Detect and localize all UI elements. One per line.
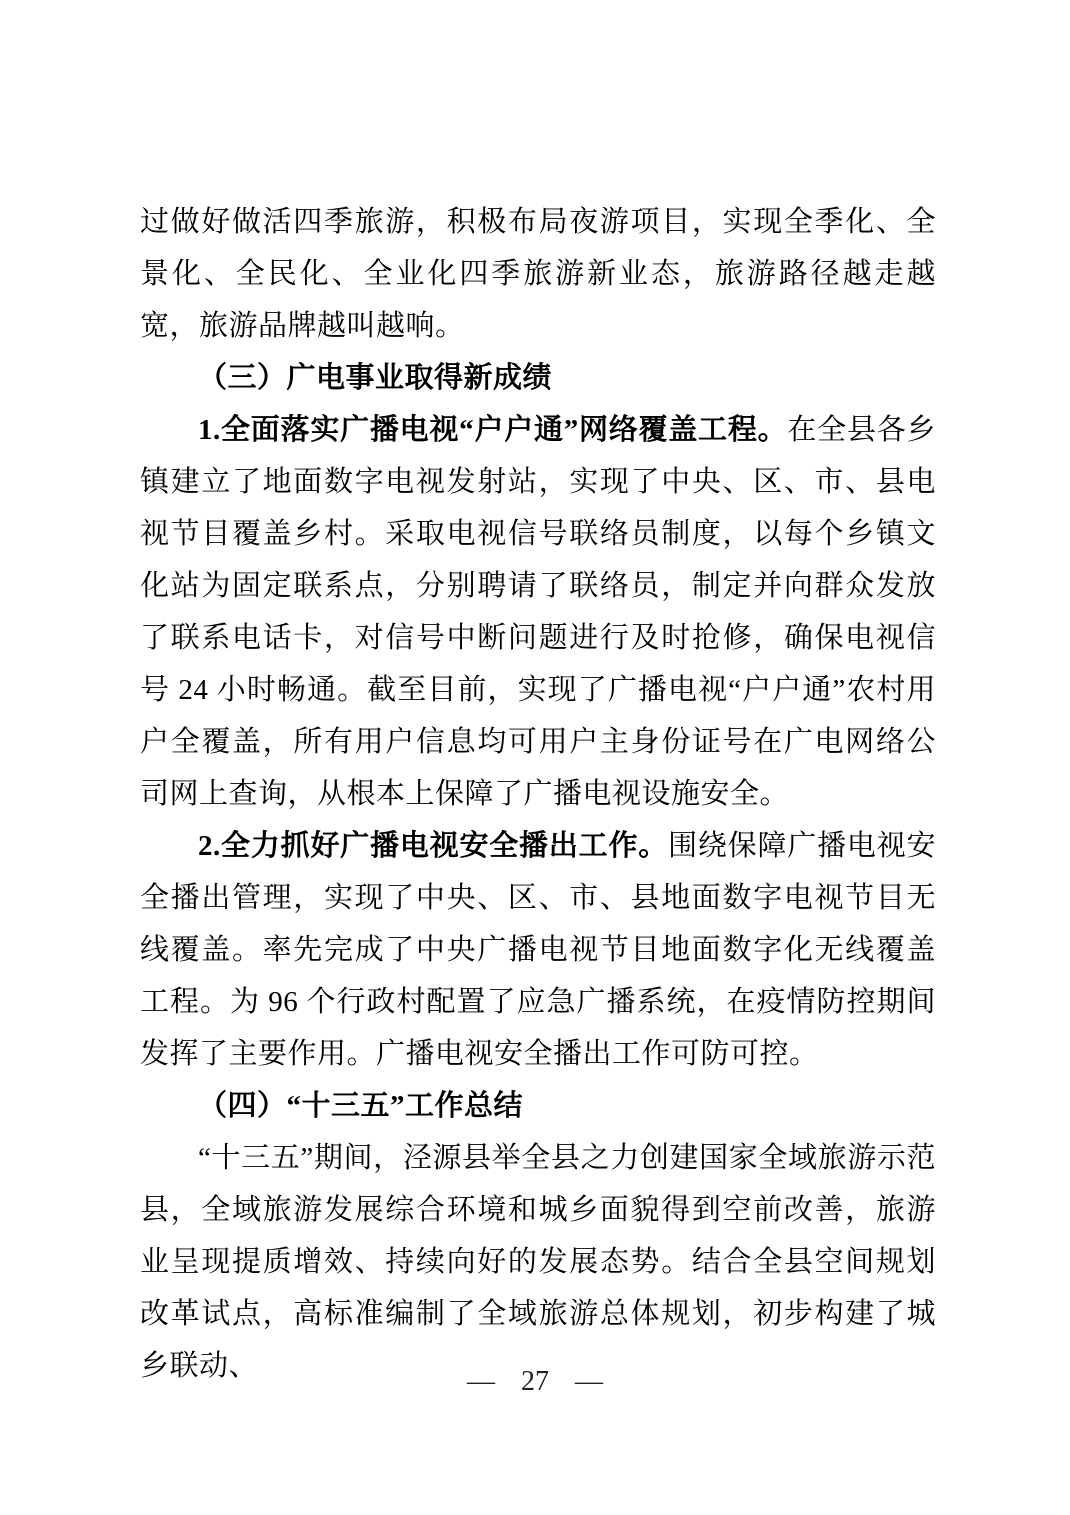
paragraph-continuation: 过做好做活四季旅游，积极布局夜游项目，实现全季化、全景化、全民化、全业化四季旅游… [140,196,936,352]
section-heading-four: （四）“十三五”工作总结 [140,1080,936,1132]
footer-dash-left: — [467,1362,495,1402]
paragraph-item-1-body: 在全县各乡镇建立了地面数字电视发射站，实现了中央、区、市、县电视节目覆盖乡村。采… [140,414,936,810]
document-body: 过做好做活四季旅游，积极布局夜游项目，实现全季化、全景化、全民化、全业化四季旅游… [140,196,936,1392]
paragraph-item-1: 1.全面落实广播电视“户户通”网络覆盖工程。在全县各乡镇建立了地面数字电视发射站… [140,404,936,820]
paragraph-item-2-lead: 2.全力抓好广播电视安全播出工作。 [198,830,668,862]
paragraph-item-1-lead: 1.全面落实广播电视“户户通”网络覆盖工程。 [198,414,787,446]
paragraph-summary: “十三五”期间，泾源县举全县之力创建国家全域旅游示范县，全域旅游发展综合环境和城… [140,1132,936,1392]
paragraph-item-2-body: 围绕保障广播电视安全播出管理，实现了中央、区、市、县地面数字电视节目无线覆盖。率… [140,830,936,1070]
page-footer: —27— [0,1362,1070,1402]
page-number: 27 [521,1362,549,1402]
document-page: 过做好做活四季旅游，积极布局夜游项目，实现全季化、全景化、全民化、全业化四季旅游… [0,0,1070,1515]
footer-dash-right: — [575,1362,603,1402]
section-heading-three: （三）广电事业取得新成绩 [140,352,936,404]
paragraph-item-2: 2.全力抓好广播电视安全播出工作。围绕保障广播电视安全播出管理，实现了中央、区、… [140,820,936,1080]
